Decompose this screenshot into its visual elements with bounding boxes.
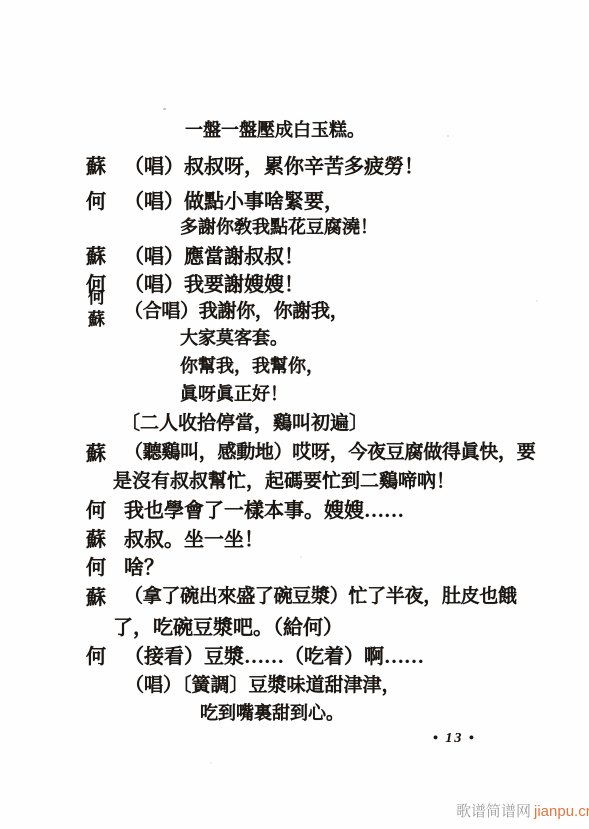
scan-speck — [536, 300, 538, 302]
speaker-label: 何 — [86, 551, 106, 580]
speaker-label: 蘇 — [86, 523, 106, 552]
watermark-site-url: jianpu.cn — [534, 803, 589, 820]
speaker-label: 蘇 — [86, 240, 106, 269]
line-text: （接看）豆漿……（吃着）啊…… — [124, 640, 424, 669]
scan-speck — [300, 556, 302, 558]
line-text: （唱）做點小事啥緊要， — [124, 185, 344, 214]
line-text: 大家莫客套。 — [180, 324, 288, 350]
scan-speck — [163, 108, 166, 110]
speaker-label: 何 — [86, 640, 106, 669]
line-text: 眞呀眞正好！ — [180, 380, 288, 406]
line-text: （唱）應當謝叔叔！ — [124, 240, 304, 269]
speaker-label: 何 — [86, 494, 106, 523]
line-text: （合唱）我謝你，你謝我， — [124, 296, 348, 323]
watermark-site-name: 歌谱简谱网 — [456, 803, 531, 820]
line-text: （唱）我要謝嫂嫂！ — [124, 268, 304, 297]
speaker-label: 蘇 — [88, 305, 105, 330]
speaker-label: 蘇 — [86, 437, 106, 466]
line-text: 多謝你敎我點花豆腐澆！ — [180, 213, 378, 239]
line-text: 我也學會了一樣本事。嫂嫂…… — [124, 494, 404, 523]
line-text: 了，吃碗豆漿吧。（給何） — [113, 611, 343, 640]
line-text: （唱）〔簧調〕豆漿味道甜津津， — [125, 670, 401, 697]
line-text: 一盤一盤壓成白玉糕。 — [185, 116, 365, 142]
page-number: • 13 • — [433, 731, 476, 747]
line-text: 〔二人收拾停當，鷄叫初遍〕 — [121, 408, 368, 435]
line-text: （拿了碗出來盛了碗豆漿）忙了半夜，肚皮也餓 — [124, 581, 517, 608]
line-text: （唱）叔叔呀，累你辛苦多疲勞！ — [124, 150, 424, 179]
scanned-script-page: 一盤一盤壓成白玉糕。 蘇 （唱）叔叔呀，累你辛苦多疲勞！ 何 （唱）做點小事啥緊… — [0, 0, 589, 829]
speaker-label: 蘇 — [86, 581, 106, 610]
speaker-label: 何 — [86, 185, 106, 214]
line-text: 啥？ — [124, 551, 164, 580]
speaker-label: 蘇 — [86, 150, 106, 179]
line-text: 是沒有叔叔幫忙，起碼要忙到二鷄啼吶！ — [113, 466, 455, 493]
line-text: 你幫我，我幫你， — [180, 352, 324, 378]
scan-speck — [210, 762, 212, 764]
watermark: 歌谱简谱网jianpu.cn — [456, 800, 589, 821]
line-text: （聽鷄叫，感動地）哎呀，今夜豆腐做得眞快，要 — [124, 437, 535, 464]
scan-speck — [447, 135, 449, 137]
line-text: 吃到嘴裏甜到心。 — [200, 699, 344, 725]
line-text: 叔叔。坐一坐！ — [124, 523, 264, 552]
